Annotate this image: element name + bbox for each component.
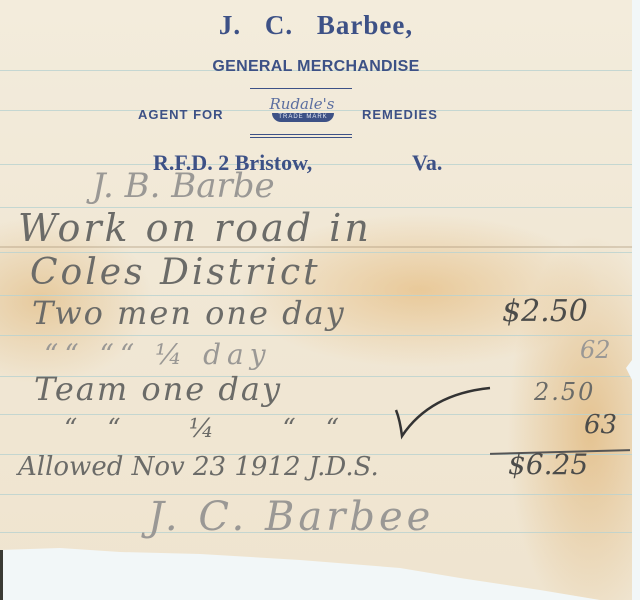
agent-for-label: AGENT FOR bbox=[138, 107, 224, 122]
item-description: Two men one day bbox=[32, 294, 346, 332]
brand-logo: Rudale's TRADE MARK bbox=[264, 95, 340, 131]
ruled-line bbox=[0, 164, 632, 165]
checkmark-icon bbox=[390, 384, 500, 444]
brand-logo-banner: TRADE MARK bbox=[272, 113, 334, 122]
work-description-line1: Work on road in bbox=[18, 206, 372, 250]
signature: J. C. Barbee bbox=[148, 494, 434, 540]
letterhead-divider bbox=[250, 137, 352, 138]
item-amount: $2.50 bbox=[502, 294, 588, 329]
letterhead-divider bbox=[250, 134, 352, 135]
ruled-line bbox=[0, 335, 632, 336]
receipt-paper: J. C. Barbee, GENERAL MERCHANDISE AGENT … bbox=[0, 0, 632, 600]
item-description: ““ ¼ ““ bbox=[64, 414, 369, 444]
merchant-name: J. C. Barbee, bbox=[0, 10, 632, 41]
item-description: ““ ““ ¼ day bbox=[44, 338, 272, 371]
item-amount: 62 bbox=[580, 336, 611, 364]
item-description: Team one day bbox=[34, 370, 282, 408]
scan-edge bbox=[0, 550, 3, 600]
item-amount: 2.50 bbox=[534, 378, 595, 406]
item-amount: 63 bbox=[584, 410, 617, 440]
business-type: GENERAL MERCHANDISE bbox=[0, 58, 632, 76]
merchant-state: Va. bbox=[412, 150, 442, 176]
total-amount: $6.25 bbox=[508, 448, 588, 481]
letterhead-divider bbox=[250, 88, 352, 89]
addressee-name: J. B. Barbe bbox=[92, 166, 275, 206]
brand-logo-text: Rudale's bbox=[264, 95, 340, 113]
allowed-note: Allowed Nov 23 1912 J.D.S. bbox=[18, 452, 379, 482]
work-description-line2: Coles District bbox=[30, 252, 321, 293]
remedies-label: REMEDIES bbox=[362, 107, 438, 122]
